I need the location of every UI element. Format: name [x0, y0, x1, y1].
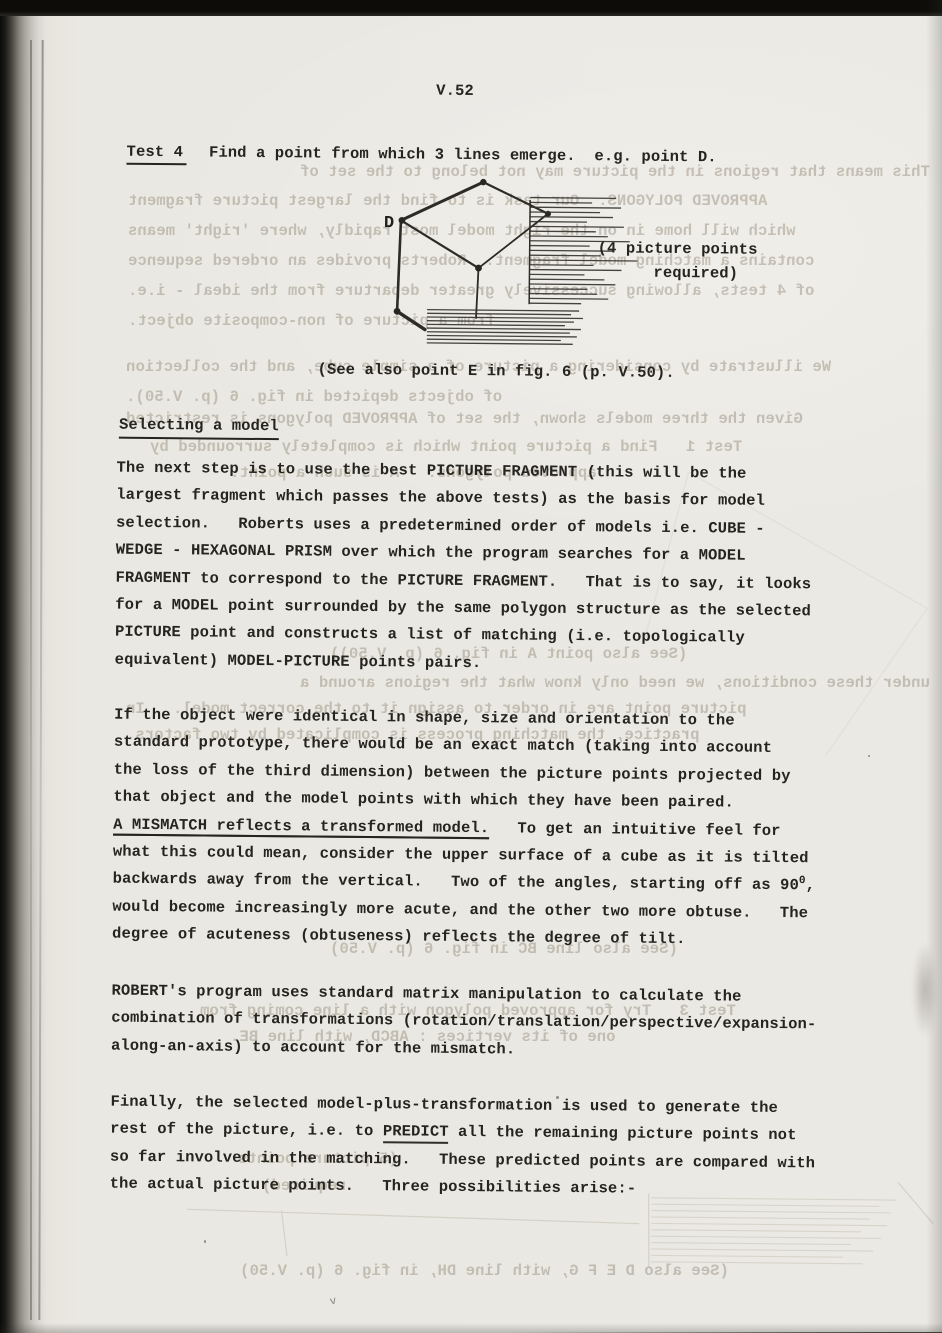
hatch-line — [427, 313, 571, 314]
paragraph-model-selection: The next step is to use the best PICTURE… — [115, 455, 857, 681]
text-segment: largest fragment which passes the above … — [116, 486, 765, 510]
text-segment: so far involved in the matching. These p… — [110, 1147, 815, 1172]
hatch-line — [530, 231, 596, 232]
diagram-vertex-dots — [394, 178, 552, 316]
dust-speck — [868, 755, 870, 757]
hatch-line — [530, 207, 621, 208]
figure-hatching-bottom — [427, 310, 583, 345]
paragraph-matrix: ROBERT's program uses standard matrix ma… — [111, 978, 852, 1067]
hatch-line — [529, 294, 597, 295]
text-segment: for a MODEL point surrounded by the same… — [115, 596, 811, 621]
figure-caption-line1: (4 picture points — [598, 239, 758, 259]
hatch-line — [651, 1217, 869, 1219]
right-edge-smudge — [912, 942, 938, 1038]
dust-speck — [204, 1240, 206, 1243]
text-segment: the actual picture points. Three possibi… — [110, 1175, 637, 1198]
hatch-line — [651, 1262, 863, 1264]
hatch-line — [530, 236, 608, 237]
hatch-line — [651, 1249, 873, 1251]
bleedthrough-hatching — [651, 1198, 897, 1264]
text-segment: what this could mean, consider the upper… — [113, 843, 809, 868]
text-segment: degree of acuteness (obtuseness) reflect… — [112, 925, 686, 949]
paragraph-mismatch: If the object were identical in shape, s… — [112, 702, 854, 956]
text-segment: PREDICT — [383, 1123, 449, 1145]
text-segment: would become increasingly more acute, an… — [112, 897, 808, 922]
text-segment: WEDGE - HEXAGONAL PRISM over which the p… — [116, 541, 746, 565]
text-segment: To get an intuitive feel for — [489, 819, 781, 840]
hatch-line — [530, 265, 594, 266]
page-number: V.52 — [436, 82, 474, 100]
hatch-line — [427, 317, 583, 318]
figure-point-label: D — [384, 214, 394, 233]
hatch-line — [530, 226, 624, 227]
hatch-line — [427, 310, 579, 311]
right-edge-shading — [926, 0, 942, 1333]
text-segment: , — [806, 877, 816, 895]
hatch-line — [529, 284, 615, 285]
hatch-line — [530, 260, 638, 261]
hatch-line — [651, 1230, 861, 1232]
bottom-edge-shading — [0, 1323, 942, 1333]
hatch-line — [651, 1211, 891, 1213]
text-segment: the loss of the third dimension) between… — [114, 760, 791, 784]
hatch-line — [427, 335, 577, 336]
page-content: D V.52 Test 4Find a point from which 3 l… — [0, 0, 942, 1333]
hatch-line — [529, 289, 587, 290]
hatch-line — [529, 279, 604, 280]
hatch-line — [530, 202, 592, 203]
hatch-line — [529, 298, 608, 299]
text-segment: all the remaining picture points not — [449, 1123, 797, 1144]
hatch-line — [651, 1223, 887, 1225]
text-segment: selection. Roberts uses a predetermined … — [116, 513, 765, 537]
text-segment: standard prototype, there would be an ex… — [114, 733, 772, 757]
hatch-line — [530, 198, 616, 199]
text-segment: If the object were identical in shape, s… — [114, 706, 735, 730]
hatch-line — [530, 246, 590, 247]
text-segment: combination of transformations (rotation… — [111, 1009, 816, 1034]
text-segment: ROBERT's program uses standard matrix ma… — [111, 982, 741, 1006]
dust-speck — [556, 1096, 559, 1099]
figure-caption-line2: required) — [653, 264, 738, 283]
diagram-edges — [397, 181, 548, 330]
hatch-line — [651, 1243, 851, 1245]
section-heading: Selecting a model — [119, 416, 279, 441]
hatch-line — [427, 328, 581, 329]
hatch-line — [427, 324, 565, 325]
hatch-line — [530, 222, 587, 223]
text-segment: rest of the picture, i.e. to — [110, 1120, 383, 1141]
text-segment: FRAGMENT to correspond to the PICTURE FR… — [115, 568, 811, 593]
text-segment: The next step is to use the best PICTURE… — [116, 459, 746, 483]
hatch-line — [530, 255, 601, 256]
paragraph-predict: Finally, the selected model-plus-transfo… — [110, 1089, 851, 1206]
text-segment: along-an-axis) to account for the mismat… — [111, 1036, 515, 1058]
hatch-line — [427, 321, 574, 322]
text-segment: Finally, the selected model-plus-transfo… — [110, 1093, 778, 1117]
hatch-line — [651, 1236, 881, 1238]
figure-see-also: (See also point E in fig. 6 (p. V.50). — [317, 361, 674, 382]
text-segment: A MISMATCH reflects a transformed model. — [113, 815, 489, 839]
hatch-line — [530, 212, 600, 213]
hatch-line — [427, 339, 561, 340]
text-segment: PICTURE point and constructs a list of m… — [115, 623, 745, 647]
text-segment: backwards away from the vertical. Two of… — [113, 870, 799, 895]
text-segment: equivalent) MODEL-PICTURE points pairs. — [115, 650, 482, 672]
hatch-line — [529, 274, 584, 275]
hatch-line — [427, 343, 573, 344]
hatch-line — [530, 217, 613, 218]
hatch-line — [651, 1255, 843, 1257]
hatch-line — [427, 332, 570, 333]
test4-label: Test 4 — [126, 143, 187, 166]
hatch-line — [529, 270, 621, 271]
text-segment: that object and the model points with wh… — [113, 788, 734, 812]
